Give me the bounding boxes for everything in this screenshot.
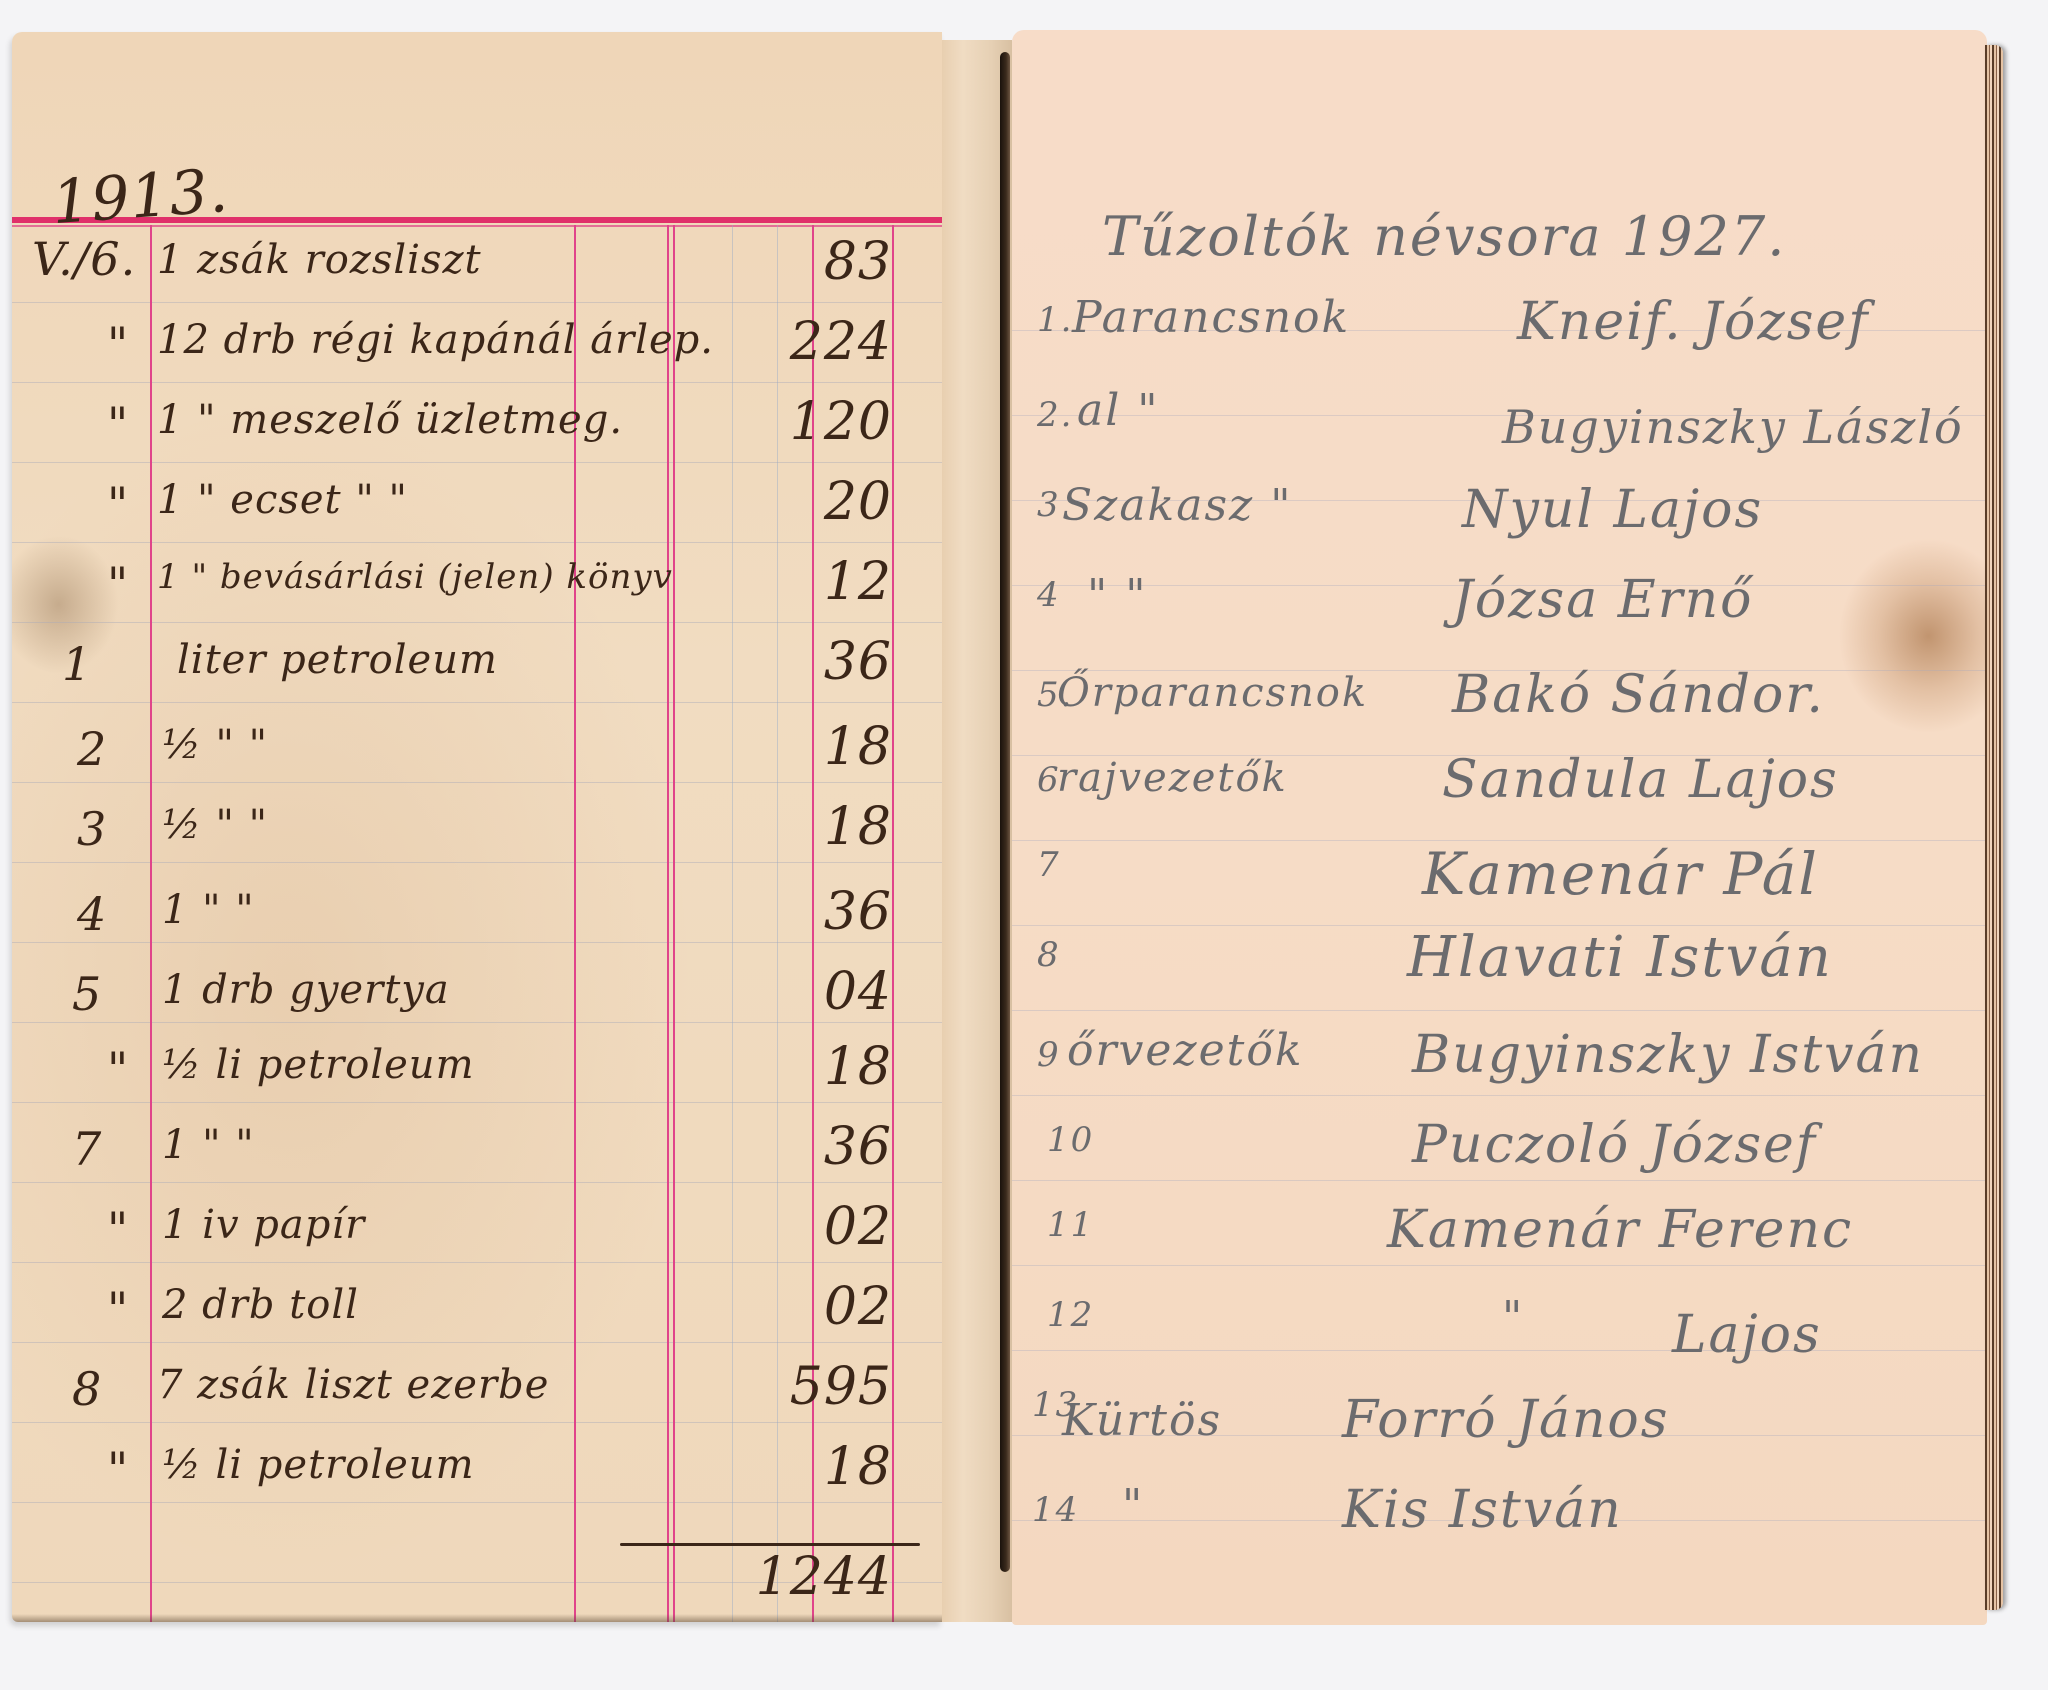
entry-date: " [107,1202,129,1256]
ledger-total: 1244 [712,1547,892,1607]
entry-amount: 83 [812,232,892,292]
member-role: " [1502,1292,1524,1343]
left-page-ledger: 1913. V./6. 1 zsák rozsliszt 83 " 12 drb… [12,32,942,1622]
entry-date: " [107,1042,129,1096]
member-number: 8 [1037,935,1061,975]
entry-description: 2 drb toll [162,1282,359,1328]
entry-description: 1 " bevásárlási (jelen) könyv [157,557,673,597]
member-number: 2. [1037,395,1073,435]
roster-title: Tűzoltók névsora 1927. [1102,205,1786,268]
entry-date: 1 [62,637,92,691]
member-role: Őrparancsnok [1057,670,1368,716]
entry-description: 1 " ecset " " [157,477,408,523]
ledger-year: 1913. [50,156,231,238]
entry-amount: 04 [812,962,892,1022]
entry-date: 2 [77,722,107,776]
entry-description: ½ " " [162,802,268,848]
member-number: 3 [1037,485,1061,525]
entry-description: 7 zsák liszt ezerbe [157,1362,549,1408]
member-name: Forró János [1342,1390,1669,1450]
member-name: Bugyinszky István [1412,1025,1924,1085]
member-number: 4 [1037,575,1061,615]
entry-amount: 20 [812,472,892,532]
ruled-line [1012,1180,1987,1181]
entry-amount: 12 [812,552,892,612]
entry-description: 1 drb gyertya [162,967,450,1013]
member-role: Parancsnok [1072,292,1350,343]
column-line-date [150,225,152,1622]
entry-date: 7 [72,1122,102,1176]
column-line-double-b [673,225,675,1622]
entry-date: " [107,1442,129,1496]
entry-description: 1 " meszelő üzletmeg. [157,397,623,443]
entry-amount: 36 [812,632,892,692]
ruled-line [1012,1010,1987,1011]
right-page-firefighter-roster: Tűzoltók névsora 1927. 1. Parancsnok Kne… [1012,30,1987,1625]
entry-date: " [107,557,129,611]
member-role: al " [1077,385,1160,436]
entry-amount: 36 [812,882,892,942]
sum-underline [620,1543,920,1546]
entry-description: 1 iv papír [162,1202,365,1248]
entry-amount: 18 [812,1037,892,1097]
member-role: őrvezetők [1067,1025,1303,1076]
entry-description: ½ " " [162,722,268,768]
member-name: Nyul Lajos [1462,480,1763,540]
column-line-double-a [667,225,669,1622]
member-role: " " [1087,570,1147,621]
entry-date: " [107,397,129,451]
member-name: Puczoló József [1412,1115,1817,1175]
member-number: 7 [1037,845,1061,885]
entry-description: 1 " " [162,1122,255,1168]
entry-description: 1 " " [162,887,255,933]
entry-amount: 595 [732,1357,892,1417]
member-name: Hlavati István [1407,925,1833,990]
entry-amount: 02 [812,1277,892,1337]
entry-amount: 18 [812,797,892,857]
member-role: rajvezetők [1057,755,1288,801]
entry-amount: 36 [812,1117,892,1177]
column-line-amount-end [892,225,894,1622]
spine-gutter-shadow [1000,52,1010,1572]
entry-amount: 02 [812,1197,892,1257]
entry-date: " [107,477,129,531]
entry-description: ½ li petroleum [162,1442,475,1488]
entry-amount: 120 [752,392,892,452]
member-number: 10 [1047,1120,1094,1160]
entry-date: " [107,317,129,371]
entry-description: 1 zsák rozsliszt [157,237,482,283]
member-name: Józsa Ernő [1452,570,1753,630]
member-number: 11 [1047,1205,1094,1245]
entry-date: V./6. [32,232,136,286]
ruled-line [1012,1350,1987,1351]
entry-date: " [107,1282,129,1336]
entry-description: 12 drb régi kapánál árlep. [157,317,714,363]
member-number: 12 [1047,1295,1094,1335]
entry-date: 8 [72,1362,102,1416]
entry-amount: 18 [812,717,892,777]
member-name: Kneif. József [1517,292,1869,352]
member-role: Szakasz " [1062,480,1292,531]
member-name: Kis István [1342,1480,1623,1540]
member-name: Lajos [1672,1305,1822,1365]
page-block-edges [1985,45,2003,1610]
member-number: 9 [1037,1035,1061,1075]
member-number: 1. [1037,300,1073,340]
member-role: " [1122,1480,1144,1531]
entry-date: 3 [77,802,107,856]
member-name: Kamenár Pál [1422,840,1819,908]
member-name: Kamenár Ferenc [1387,1200,1853,1260]
member-number: 14 [1032,1490,1079,1530]
entry-date: 4 [77,887,107,941]
ruled-line [1012,1095,1987,1096]
member-name: Sandula Lajos [1442,750,1839,810]
entry-amount: 18 [812,1437,892,1497]
entry-date: 5 [72,967,102,1021]
member-role: Kürtös [1062,1395,1222,1446]
member-name: Bugyinszky László [1502,400,1964,454]
ruled-line [1012,1265,1987,1266]
entry-amount: 224 [752,312,892,372]
entry-description: liter petroleum [177,637,498,683]
member-name: Bakó Sándor. [1452,665,1825,725]
entry-description: ½ li petroleum [162,1042,475,1088]
